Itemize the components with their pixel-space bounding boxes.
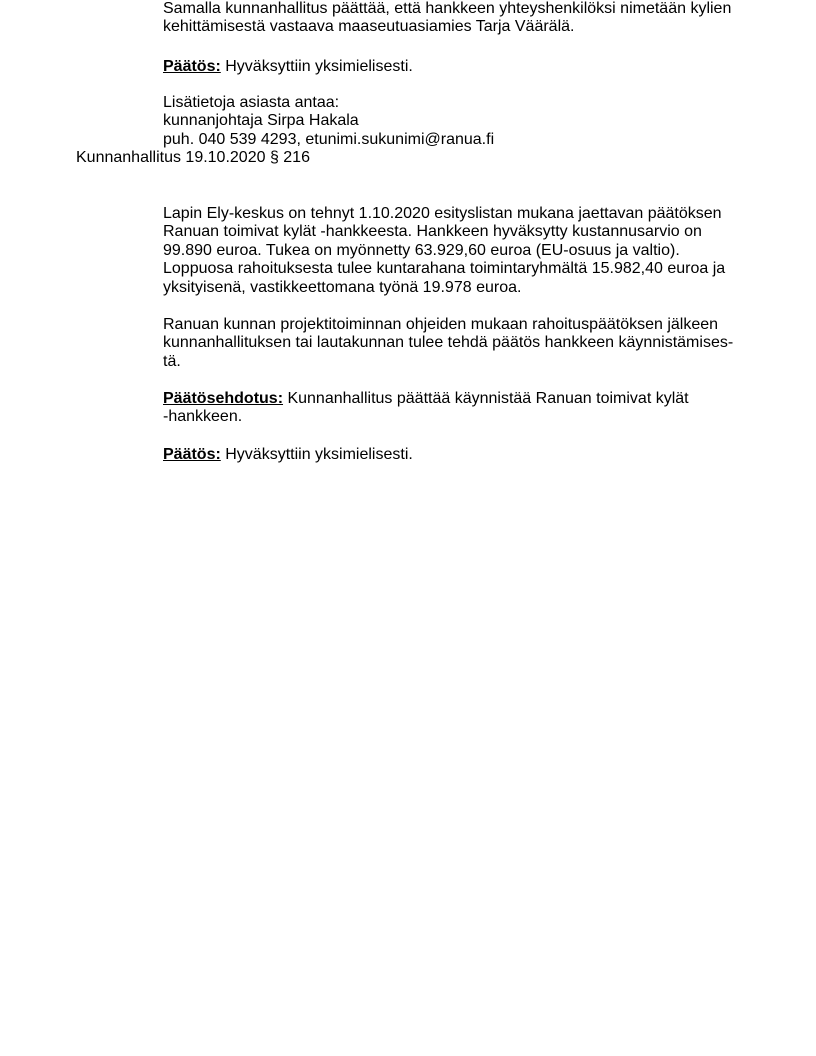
paragraph-line: tä. — [163, 353, 181, 371]
decision-label: Päätös: — [163, 58, 221, 75]
decision: Päätös: Hyväksyttiin yksimielisesti. — [163, 446, 413, 464]
paragraph-line: kunnanhallituksen tai lautakunnan tulee … — [163, 334, 733, 352]
paragraph-line: 99.890 euroa. Tukea on myönnetty 63.929,… — [163, 242, 680, 260]
paragraph-line: yksityisenä, vastikkeettomana työnä 19.9… — [163, 279, 521, 297]
paragraph-line: kehittämisestä vastaava maaseutuasiamies… — [163, 18, 574, 36]
paragraph-line: Lapin Ely-keskus on tehnyt 1.10.2020 esi… — [163, 205, 722, 223]
info-line: kunnanjohtaja Sirpa Hakala — [163, 112, 359, 130]
paragraph-line: Ranuan toimivat kylät -hankkeesta. Hankk… — [163, 223, 702, 241]
paragraph-line: Samalla kunnanhallitus päättää, että han… — [163, 0, 731, 18]
proposal-text: Kunnanhallitus päättää käynnistää Ranuan… — [283, 390, 689, 407]
decision: Päätös: Hyväksyttiin yksimielisesti. — [163, 58, 413, 76]
decision-text: Hyväksyttiin yksimielisesti. — [221, 446, 413, 463]
proposal-continuation: -hankkeen. — [163, 408, 242, 426]
section-header: Kunnanhallitus 19.10.2020 § 216 — [76, 149, 310, 167]
decision-text: Hyväksyttiin yksimielisesti. — [221, 58, 413, 75]
paragraph-line: Ranuan kunnan projektitoiminnan ohjeiden… — [163, 316, 718, 334]
proposal: Päätösehdotus: Kunnanhallitus päättää kä… — [163, 390, 689, 408]
proposal-label: Päätösehdotus: — [163, 390, 283, 407]
paragraph-line: Loppuosa rahoituksesta tulee kuntarahana… — [163, 260, 725, 278]
info-line: puh. 040 539 4293, etunimi.sukunimi@ranu… — [163, 131, 494, 149]
decision-label: Päätös: — [163, 446, 221, 463]
info-line: Lisätietoja asiasta antaa: — [163, 94, 339, 112]
